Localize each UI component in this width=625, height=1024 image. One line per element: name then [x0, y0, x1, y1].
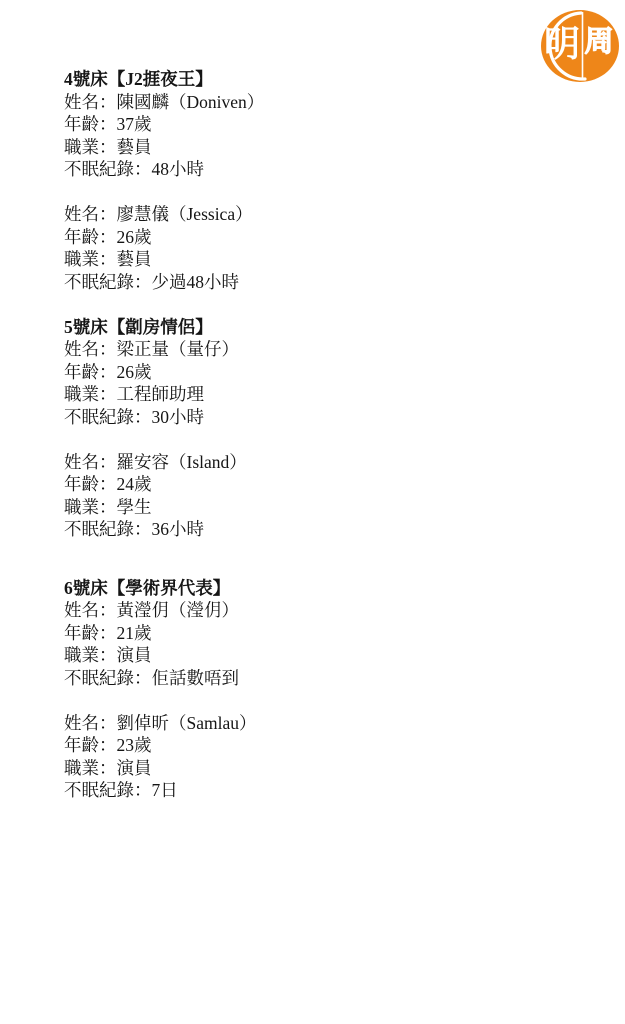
age-label: 年齡：	[64, 735, 117, 755]
occupation-line: 職業：學生	[64, 496, 544, 519]
occupation-label: 職業：	[64, 249, 117, 269]
age-value: 26歲	[117, 227, 152, 247]
name-label: 姓名：	[64, 204, 117, 224]
record-value: 佢話數唔到	[152, 668, 240, 688]
record-label: 不眠紀錄：	[64, 272, 152, 292]
occupation-line: 職業：工程師助理	[64, 383, 544, 406]
person-card: 姓名：黃瀅仴（瀅仴） 年齡：21歲 職業：演員 不眠紀錄：佢話數唔到	[64, 599, 544, 689]
bed-section-4: 4號床【J2捱夜王】 姓名：陳國麟（Doniven） 年齡：37歲 職業：藝員 …	[64, 68, 544, 293]
record-label: 不眠紀錄：	[64, 668, 152, 688]
section-title: 6號床【學術界代表】	[64, 577, 544, 600]
occupation-value: 藝員	[117, 249, 152, 269]
record-label: 不眠紀錄：	[64, 159, 152, 179]
bed-section-6: 6號床【學術界代表】 姓名：黃瀅仴（瀅仴） 年齡：21歲 職業：演員 不眠紀錄：…	[64, 577, 544, 802]
name-line: 姓名：梁正量（量仔）	[64, 338, 544, 361]
record-line: 不眠紀錄：少過48小時	[64, 271, 544, 294]
occupation-label: 職業：	[64, 758, 117, 778]
person-card: 姓名：劉倬昕（Samlau） 年齡：23歲 職業：演員 不眠紀錄：7日	[64, 712, 544, 802]
record-line: 不眠紀錄：48小時	[64, 158, 544, 181]
occupation-line: 職業：藝員	[64, 248, 544, 271]
name-label: 姓名：	[64, 600, 117, 620]
document-page: 明 周 4號床【J2捱夜王】 姓名：陳國麟（Doniven） 年齡：37歲 職業…	[0, 0, 625, 1024]
name-label: 姓名：	[64, 452, 117, 472]
age-value: 24歲	[117, 474, 152, 494]
age-line: 年齡：37歲	[64, 113, 544, 136]
logo-char-chow: 周	[584, 25, 613, 58]
age-label: 年齡：	[64, 227, 117, 247]
person-card: 姓名：梁正量（量仔） 年齡：26歲 職業：工程師助理 不眠紀錄：30小時	[64, 338, 544, 428]
occupation-line: 職業：藝員	[64, 136, 544, 159]
name-label: 姓名：	[64, 339, 117, 359]
record-label: 不眠紀錄：	[64, 519, 152, 539]
age-line: 年齡：23歲	[64, 734, 544, 757]
logo-char-ming: 明	[544, 24, 580, 64]
age-label: 年齡：	[64, 474, 117, 494]
occupation-line: 職業：演員	[64, 757, 544, 780]
age-value: 21歲	[117, 623, 152, 643]
record-line: 不眠紀錄：36小時	[64, 518, 544, 541]
name-label: 姓名：	[64, 92, 117, 112]
record-label: 不眠紀錄：	[64, 407, 152, 427]
record-value: 7日	[152, 780, 178, 800]
occupation-label: 職業：	[64, 137, 117, 157]
age-label: 年齡：	[64, 114, 117, 134]
age-label: 年齡：	[64, 362, 117, 382]
name-label: 姓名：	[64, 713, 117, 733]
name-line: 姓名：陳國麟（Doniven）	[64, 91, 544, 114]
cast-list: 4號床【J2捱夜王】 姓名：陳國麟（Doniven） 年齡：37歲 職業：藝員 …	[64, 68, 544, 802]
section-title: 5號床【劏房情侶】	[64, 316, 544, 339]
bed-section-5: 5號床【劏房情侶】 姓名：梁正量（量仔） 年齡：26歲 職業：工程師助理 不眠紀…	[64, 316, 544, 541]
name-line: 姓名：黃瀅仴（瀅仴）	[64, 599, 544, 622]
person-card: 姓名：羅安容（Island） 年齡：24歲 職業：學生 不眠紀錄：36小時	[64, 451, 544, 541]
person-card: 姓名：廖慧儀（Jessica） 年齡：26歲 職業：藝員 不眠紀錄：少過48小時	[64, 203, 544, 293]
record-label: 不眠紀錄：	[64, 780, 152, 800]
logo-circle-icon: 明 周	[540, 9, 620, 83]
age-line: 年齡：21歲	[64, 622, 544, 645]
age-value: 26歲	[117, 362, 152, 382]
name-value: 陳國麟（Doniven）	[117, 92, 265, 112]
name-line: 姓名：羅安容（Island）	[64, 451, 544, 474]
record-value: 48小時	[152, 159, 205, 179]
name-value: 梁正量（量仔）	[117, 339, 240, 359]
occupation-line: 職業：演員	[64, 644, 544, 667]
occupation-value: 工程師助理	[117, 384, 205, 404]
occupation-value: 演員	[117, 645, 152, 665]
name-value: 廖慧儀（Jessica）	[117, 204, 253, 224]
occupation-value: 學生	[117, 497, 152, 517]
name-line: 姓名：廖慧儀（Jessica）	[64, 203, 544, 226]
ming-pao-weekly-logo: 明 周	[540, 9, 620, 83]
person-card: 姓名：陳國麟（Doniven） 年齡：37歲 職業：藝員 不眠紀錄：48小時	[64, 91, 544, 181]
name-value: 劉倬昕（Samlau）	[117, 713, 257, 733]
record-line: 不眠紀錄：30小時	[64, 406, 544, 429]
record-value: 36小時	[152, 519, 205, 539]
age-line: 年齡：26歲	[64, 226, 544, 249]
record-line: 不眠紀錄：7日	[64, 779, 544, 802]
age-line: 年齡：26歲	[64, 361, 544, 384]
age-label: 年齡：	[64, 623, 117, 643]
name-value: 黃瀅仴（瀅仴）	[117, 600, 240, 620]
occupation-label: 職業：	[64, 497, 117, 517]
occupation-value: 藝員	[117, 137, 152, 157]
record-line: 不眠紀錄：佢話數唔到	[64, 667, 544, 690]
name-value: 羅安容（Island）	[117, 452, 247, 472]
occupation-label: 職業：	[64, 384, 117, 404]
name-line: 姓名：劉倬昕（Samlau）	[64, 712, 544, 735]
record-value: 少過48小時	[152, 272, 240, 292]
age-value: 37歲	[117, 114, 152, 134]
record-value: 30小時	[152, 407, 205, 427]
occupation-label: 職業：	[64, 645, 117, 665]
age-value: 23歲	[117, 735, 152, 755]
occupation-value: 演員	[117, 758, 152, 778]
section-title: 4號床【J2捱夜王】	[64, 68, 544, 91]
age-line: 年齡：24歲	[64, 473, 544, 496]
